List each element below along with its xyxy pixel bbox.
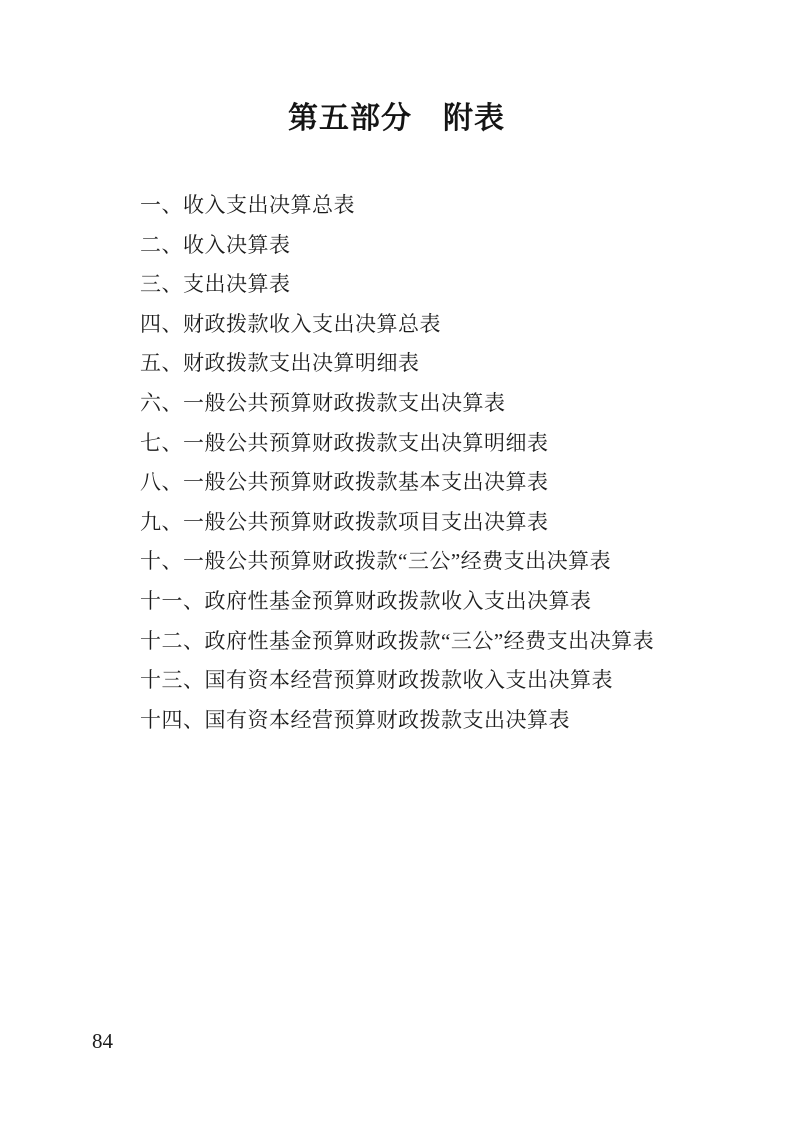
toc-item-3: 三、支出决算表	[140, 265, 740, 305]
toc-item-5: 五、财政拨款支出决算明细表	[140, 344, 740, 384]
toc-item-7: 七、一般公共预算财政拨款支出决算明细表	[140, 424, 740, 464]
toc-item-14: 十四、国有资本经营预算财政拨款支出决算表	[140, 701, 740, 741]
toc-item-1: 一、收入支出决算总表	[140, 186, 740, 226]
table-of-contents: 一、收入支出决算总表 二、收入决算表 三、支出决算表 四、财政拨款收入支出决算总…	[140, 186, 740, 740]
toc-item-8: 八、一般公共预算财政拨款基本支出决算表	[140, 463, 740, 503]
toc-item-10: 十、一般公共预算财政拨款“三公”经费支出决算表	[140, 542, 740, 582]
page-title: 第五部分 附表	[0, 101, 793, 137]
document-page: 第五部分 附表 一、收入支出决算总表 二、收入决算表 三、支出决算表 四、财政拨…	[0, 0, 793, 1122]
toc-item-12: 十二、政府性基金预算财政拨款“三公”经费支出决算表	[140, 622, 740, 662]
toc-item-13: 十三、国有资本经营预算财政拨款收入支出决算表	[140, 661, 740, 701]
page-number: 84	[92, 1028, 113, 1054]
toc-item-11: 十一、政府性基金预算财政拨款收入支出决算表	[140, 582, 740, 622]
toc-item-6: 六、一般公共预算财政拨款支出决算表	[140, 384, 740, 424]
toc-item-4: 四、财政拨款收入支出决算总表	[140, 305, 740, 345]
toc-item-2: 二、收入决算表	[140, 226, 740, 266]
toc-item-9: 九、一般公共预算财政拨款项目支出决算表	[140, 503, 740, 543]
